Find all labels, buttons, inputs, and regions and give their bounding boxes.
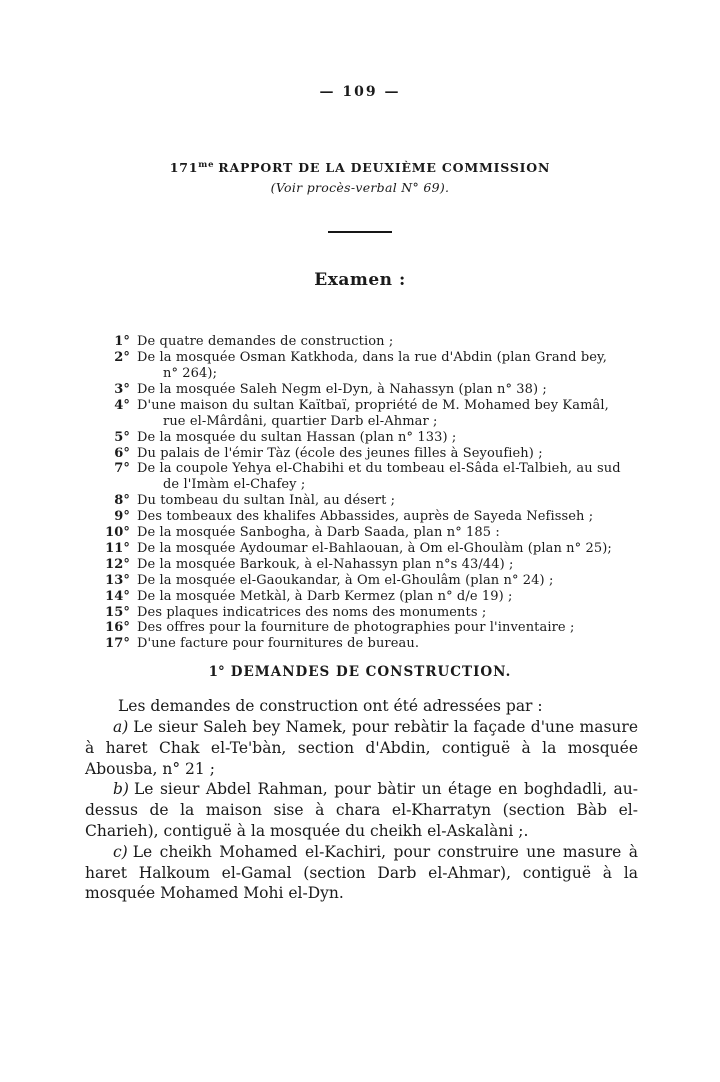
paragraph-marker: a) [113,718,128,736]
report-header: 171meRAPPORT DE LA DEUXIÈME COMMISSION [0,160,720,175]
page-number: — 109 — [0,0,720,100]
agenda-item: 17°D'une facture pour fournitures de bur… [104,636,622,652]
agenda-item-text: Du palais de l'émir Tàz (école des jeune… [137,446,622,462]
agenda-item-number: 4° [104,398,130,430]
agenda-item-text: De la mosquée Barkouk, à el-Nahassyn pla… [137,557,622,573]
agenda-item-number: 11° [104,541,130,557]
paragraph: Les demandes de construction ont été adr… [85,696,638,717]
report-subtitle: (Voir procès-verbal N° 69). [0,180,720,195]
agenda-item-number: 16° [104,620,130,636]
agenda-item: 2°De la mosquée Osman Katkhoda, dans la … [104,350,622,382]
agenda-item: 9°Des tombeaux des khalifes Abbassides, … [104,509,622,525]
agenda-item-text: D'une facture pour fournitures de bureau… [137,636,622,652]
agenda-item-number: 15° [104,605,130,621]
agenda-item-number: 3° [104,382,130,398]
agenda-item-text: Des tombeaux des khalifes Abbassides, au… [137,509,622,525]
paragraph-marker: c) [113,843,128,861]
agenda-item-text: Du tombeau du sultan Inàl, au désert ; [137,493,622,509]
agenda-item-text: De quatre demandes de construction ; [137,334,622,350]
agenda-item-text: Des plaques indicatrices des noms des mo… [137,605,622,621]
agenda-item-text: De la mosquée Metkàl, à Darb Kermez (pla… [137,589,622,605]
agenda-item-number: 10° [104,525,130,541]
agenda-item: 6°Du palais de l'émir Tàz (école des jeu… [104,446,622,462]
agenda-item: 1°De quatre demandes de construction ; [104,334,622,350]
agenda-item-text: Des offres pour la fourniture de photogr… [137,620,622,636]
report-title: RAPPORT DE LA DEUXIÈME COMMISSION [218,160,550,175]
agenda-item-number: 7° [104,461,130,493]
agenda-item-text: De la mosquée du sultan Hassan (plan n° … [137,430,622,446]
agenda-item-number: 6° [104,446,130,462]
section-heading: 1°DEMANDES DE CONSTRUCTION. [0,664,720,680]
agenda-item: 7°De la coupole Yehya el-Chabihi et du t… [104,461,622,493]
paragraph: a)Le sieur Saleh bey Namek, pour rebàtir… [85,717,638,779]
paragraph-text: Les demandes de construction ont été adr… [118,697,543,715]
agenda-item-text: De la coupole Yehya el-Chabihi et du tom… [137,461,622,493]
agenda-item-text: De la mosquée Saleh Negm el-Dyn, à Nahas… [137,382,622,398]
examen-heading: Examen : [0,270,720,290]
agenda-item: 12°De la mosquée Barkouk, à el-Nahassyn … [104,557,622,573]
agenda-item-number: 12° [104,557,130,573]
report-number-superscript: me [198,160,214,170]
agenda-item: 3°De la mosquée Saleh Negm el-Dyn, à Nah… [104,382,622,398]
agenda-item: 5°De la mosquée du sultan Hassan (plan n… [104,430,622,446]
agenda-item-number: 14° [104,589,130,605]
agenda-item: 14°De la mosquée Metkàl, à Darb Kermez (… [104,589,622,605]
agenda-item-text: De la mosquée Sanbogha, à Darb Saada, pl… [137,525,622,541]
agenda-item: 16°Des offres pour la fourniture de phot… [104,620,622,636]
paragraph-text: Le sieur Saleh bey Namek, pour rebàtir l… [85,718,638,778]
document-page: — 109 — 171meRAPPORT DE LA DEUXIÈME COMM… [0,0,720,1082]
agenda-item-text: D'une maison du sultan Kaïtbaï, propriét… [137,398,622,430]
body-paragraphs: Les demandes de construction ont été adr… [85,696,638,904]
agenda-item-number: 5° [104,430,130,446]
agenda-list: 1°De quatre demandes de construction ; 2… [104,334,622,652]
paragraph: c)Le cheikh Mohamed el-Kachiri, pour con… [85,842,638,904]
agenda-item-number: 13° [104,573,130,589]
section-divider [328,231,392,233]
agenda-item-number: 9° [104,509,130,525]
agenda-item-number: 17° [104,636,130,652]
paragraph-text: Le cheikh Mohamed el-Kachiri, pour const… [85,843,638,903]
agenda-item: 8°Du tombeau du sultan Inàl, au désert ; [104,493,622,509]
agenda-item-number: 8° [104,493,130,509]
paragraph-text: Le sieur Abdel Rahman, pour bàtir un éta… [85,780,638,840]
agenda-item-text: De la mosquée el-Gaoukandar, à Om el-Gho… [137,573,622,589]
section-title: DEMANDES DE CONSTRUCTION. [231,664,512,680]
report-number: 171 [170,160,199,175]
paragraph-marker: b) [113,780,129,798]
section-number: 1° [209,664,225,680]
agenda-item: 13°De la mosquée el-Gaoukandar, à Om el-… [104,573,622,589]
agenda-item: 4°D'une maison du sultan Kaïtbaï, propri… [104,398,622,430]
agenda-item-text: De la mosquée Osman Katkhoda, dans la ru… [137,350,622,382]
paragraph: b)Le sieur Abdel Rahman, pour bàtir un é… [85,779,638,841]
agenda-item: 10°De la mosquée Sanbogha, à Darb Saada,… [104,525,622,541]
agenda-item-number: 2° [104,350,130,382]
agenda-item: 15°Des plaques indicatrices des noms des… [104,605,622,621]
agenda-item-text: De la mosquée Aydoumar el-Bahlaouan, à O… [137,541,622,557]
agenda-item-number: 1° [104,334,130,350]
agenda-item: 11°De la mosquée Aydoumar el-Bahlaouan, … [104,541,622,557]
